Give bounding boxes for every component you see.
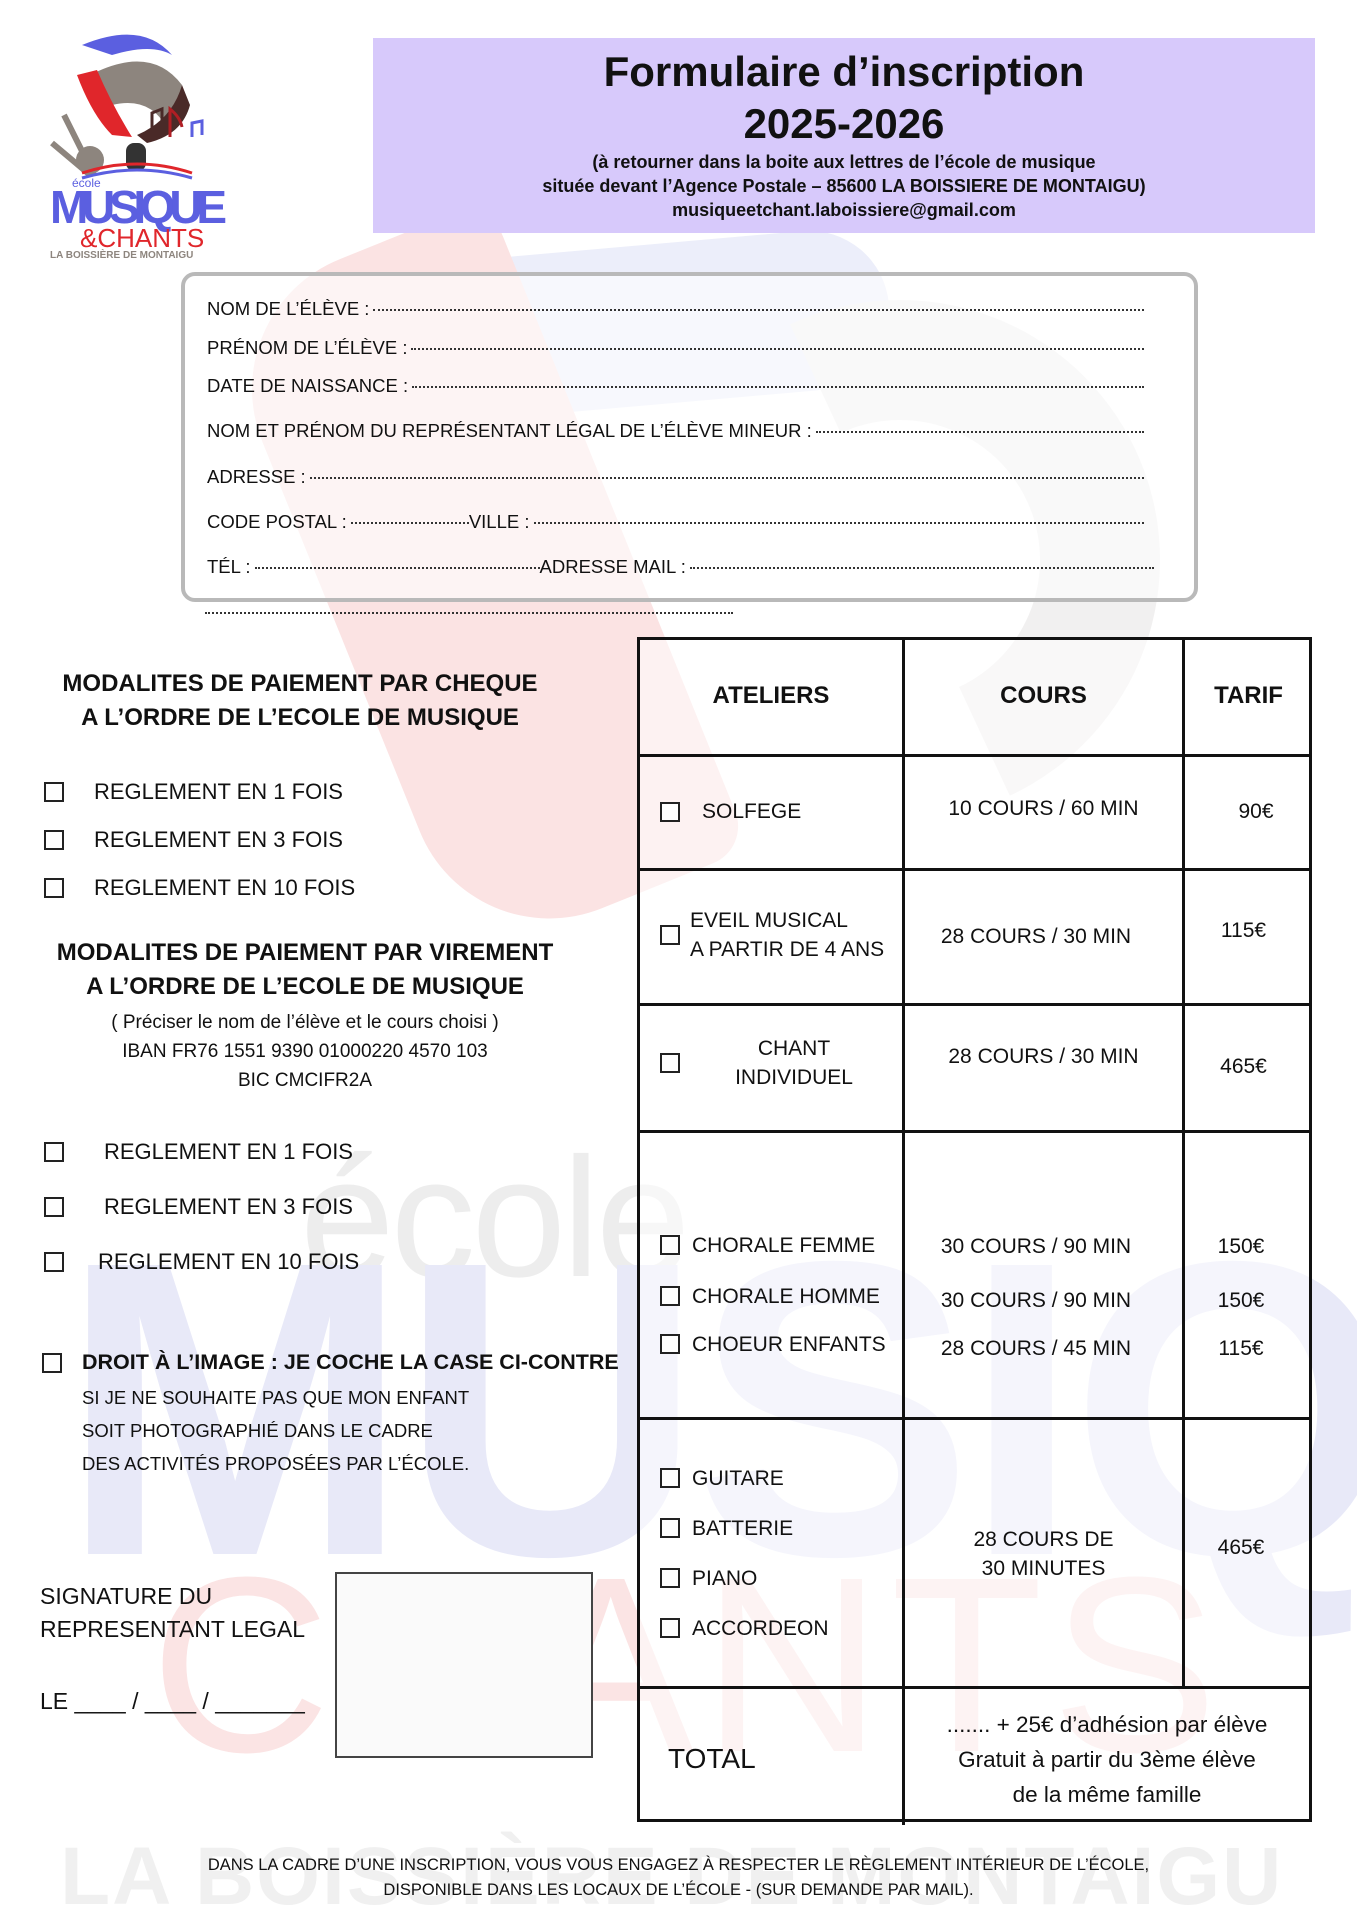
footer-line1: DANS LA CADRE D’UNE INSCRIPTION, VOUS VO… [0, 1853, 1357, 1878]
signature-label-line2: REPRESENTANT LEGAL [40, 1613, 305, 1646]
atelier-batterie[interactable]: BATTERIE [660, 1503, 905, 1553]
instrument-ateliers: GUITARE BATTERIE PIANO ACCORDEON [660, 1453, 905, 1653]
form-header: Formulaire d’inscription 2025-2026 (à re… [373, 38, 1315, 233]
school-year: 2025-2026 [373, 98, 1315, 150]
cheque-option-1[interactable]: REGLEMENT EN 1 FOIS [44, 768, 355, 816]
tarif-eveil-musical: 115€ [1185, 916, 1302, 945]
atelier-chorale-homme[interactable]: CHORALE HOMME [660, 1272, 905, 1320]
row-divider [640, 754, 1309, 757]
fill-line[interactable] [310, 477, 1144, 479]
cours-chorale-homme: 30 COURS / 90 MIN [905, 1286, 1167, 1334]
chorales-tarifs: 150€ 150€ 115€ [1185, 1232, 1297, 1382]
checkbox[interactable] [44, 1252, 64, 1272]
bank-details: ( Préciser le nom de l’élève et le cours… [40, 1008, 570, 1095]
page-title: Formulaire d’inscription [373, 46, 1315, 98]
footer-notice: DANS LA CADRE D’UNE INSCRIPTION, VOUS VO… [0, 1853, 1357, 1903]
cheque-option-3[interactable]: REGLEMENT EN 3 FOIS [44, 816, 355, 864]
checkbox[interactable] [44, 1197, 64, 1217]
column-divider [1182, 640, 1185, 1689]
checkbox[interactable] [660, 802, 680, 822]
image-rights-option[interactable]: DROIT À L’IMAGE : JE COCHE LA CASE CI-CO… [42, 1350, 642, 1375]
cours-chorale-femme: 30 COURS / 90 MIN [905, 1232, 1167, 1286]
transfer-title-line2: A L’ORDRE DE L’ECOLE DE MUSIQUE [40, 970, 570, 1004]
atelier-eveil-musical[interactable]: EVEIL MUSICAL A PARTIR DE 4 ANS [660, 906, 884, 964]
cheque-title-line1: MODALITES DE PAIEMENT PAR CHEQUE [40, 667, 560, 701]
chant-label: CHANT INDIVIDUEL [694, 1034, 894, 1092]
transfer-title-line1: MODALITES DE PAIEMENT PAR VIREMENT [40, 936, 570, 970]
cours-chant-individuel: 28 COURS / 30 MIN [905, 1042, 1182, 1071]
signature-date[interactable]: LE ____ / ____ / _______ [40, 1688, 305, 1715]
field-student-first-name[interactable]: PRÉNOM DE L’ÉLÈVE : [207, 337, 1144, 359]
cheque-option-10[interactable]: REGLEMENT EN 10 FOIS [44, 864, 355, 912]
contact-email: musiqueetchant.laboissiere@gmail.com [373, 198, 1315, 222]
checkbox[interactable] [44, 1142, 64, 1162]
checkbox[interactable] [660, 1618, 680, 1638]
eveil-label: EVEIL MUSICAL A PARTIR DE 4 ANS [690, 906, 884, 964]
row-divider [640, 1003, 1309, 1006]
checkbox[interactable] [44, 782, 64, 802]
checkbox[interactable] [660, 1053, 680, 1073]
signature-label: SIGNATURE DU REPRESENTANT LEGAL [40, 1580, 305, 1646]
svg-text:&CHANTS: &CHANTS [80, 223, 204, 253]
fill-line[interactable] [373, 309, 1144, 311]
instruments-cours-line2: 30 MINUTES [905, 1554, 1182, 1583]
atelier-solfege[interactable]: SOLFEGE [660, 797, 801, 826]
email-fill-line[interactable] [690, 567, 1154, 569]
field-address[interactable]: ADRESSE : [207, 466, 1144, 488]
atelier-accordeon[interactable]: ACCORDEON [660, 1603, 905, 1653]
row-divider [640, 868, 1309, 871]
row-divider [640, 1130, 1309, 1133]
footer-line2: DISPONIBLE DANS LES LOCAUX DE L’ÉCOLE - … [0, 1878, 1357, 1903]
label-email: ADRESSE MAIL : [540, 556, 686, 578]
transfer-note: ( Préciser le nom de l’élève et le cours… [40, 1008, 570, 1037]
checkbox[interactable] [660, 1468, 680, 1488]
tarif-instruments: 465€ [1185, 1533, 1297, 1562]
transfer-option-10[interactable]: REGLEMENT EN 10 FOIS [44, 1234, 359, 1289]
svg-text:LA BOISSIÈRE DE MONTAIGU: LA BOISSIÈRE DE MONTAIGU [50, 248, 193, 260]
fill-line[interactable] [412, 386, 1144, 388]
cours-choeur-enfants: 28 COURS / 45 MIN [905, 1334, 1167, 1382]
instruments-cours: 28 COURS DE 30 MINUTES [905, 1525, 1182, 1583]
total-note-line2: Gratuit à partir du 3ème élève [905, 1742, 1309, 1777]
tarif-chorale-homme: 150€ [1185, 1286, 1297, 1334]
student-identity-form: NOM DE L’ÉLÈVE : PRÉNOM DE L’ÉLÈVE : DAT… [181, 272, 1198, 602]
phone-fill-line[interactable] [255, 567, 540, 569]
checkbox[interactable] [660, 925, 680, 945]
postal-code-fill-line[interactable] [351, 522, 469, 524]
field-student-last-name[interactable]: NOM DE L’ÉLÈVE : [207, 298, 1144, 320]
tarif-solfege: 90€ [1200, 797, 1312, 826]
image-rights-section: DROIT À L’IMAGE : JE COCHE LA CASE CI-CO… [42, 1350, 642, 1480]
chorales-cours: 30 COURS / 90 MIN 30 COURS / 90 MIN 28 C… [905, 1232, 1167, 1382]
image-rights-line2: SOIT PHOTOGRAPHIÉ DANS LE CADRE [82, 1414, 642, 1447]
chorales-ateliers: CHORALE FEMME CHORALE HOMME CHOEUR ENFAN… [660, 1218, 905, 1368]
atelier-choeur-enfants[interactable]: CHOEUR ENFANTS [660, 1320, 905, 1368]
tarif-chant-individuel: 465€ [1185, 1052, 1302, 1081]
city-fill-line[interactable] [534, 522, 1145, 524]
checkbox[interactable] [660, 1235, 680, 1255]
fill-line[interactable] [411, 348, 1144, 350]
email-continuation-line[interactable] [205, 606, 733, 614]
field-postal-code-city[interactable]: CODE POSTAL : VILLE : [207, 511, 1144, 533]
total-note-line1: ....... + 25€ d’adhésion par élève [905, 1707, 1309, 1742]
checkbox[interactable] [660, 1568, 680, 1588]
atelier-chant-individuel[interactable]: CHANT INDIVIDUEL [660, 1034, 894, 1092]
field-legal-representative[interactable]: NOM ET PRÉNOM DU REPRÉSENTANT LÉGAL DE L… [207, 420, 1144, 442]
atelier-chorale-femme[interactable]: CHORALE FEMME [660, 1218, 905, 1272]
label-legal-representative: NOM ET PRÉNOM DU REPRÉSENTANT LÉGAL DE L… [207, 420, 812, 442]
header-cours: COURS [905, 682, 1182, 710]
image-rights-line3: DES ACTIVITÉS PROPOSÉES PAR L’ÉCOLE. [82, 1447, 642, 1480]
tarif-chorale-femme: 150€ [1185, 1232, 1297, 1286]
image-rights-heading: DROIT À L’IMAGE : JE COCHE LA CASE CI-CO… [82, 1350, 619, 1375]
cours-solfege: 10 COURS / 60 MIN [905, 794, 1182, 823]
iban: IBAN FR76 1551 9390 01000220 4570 103 [40, 1037, 570, 1066]
row-divider [640, 1417, 1309, 1420]
logo-graphic: école MUSIQUE &CHANTS LA BOISSIÈRE DE MO… [42, 25, 232, 260]
label-address: ADRESSE : [207, 466, 306, 488]
checkbox[interactable] [42, 1353, 62, 1373]
cheque-options: REGLEMENT EN 1 FOIS REGLEMENT EN 3 FOIS … [44, 768, 355, 912]
cheque-payment-title: MODALITES DE PAIEMENT PAR CHEQUE A L’ORD… [40, 667, 560, 735]
total-label: TOTAL [668, 1744, 756, 1773]
image-rights-explanation: SI JE NE SOUHAITE PAS QUE MON ENFANT SOI… [82, 1381, 642, 1480]
return-instructions-line2: située devant l’Agence Postale – 85600 L… [373, 174, 1315, 198]
checkbox[interactable] [44, 830, 64, 850]
cours-eveil-musical: 28 COURS / 30 MIN [905, 922, 1167, 951]
fill-line[interactable] [816, 431, 1144, 433]
atelier-piano[interactable]: PIANO [660, 1553, 905, 1603]
checkbox[interactable] [660, 1518, 680, 1538]
transfer-option-3[interactable]: REGLEMENT EN 3 FOIS [44, 1179, 359, 1234]
atelier-guitare[interactable]: GUITARE [660, 1453, 905, 1503]
header-ateliers: ATELIERS [640, 682, 902, 710]
signature-label-line1: SIGNATURE DU [40, 1580, 305, 1613]
transfer-options: REGLEMENT EN 1 FOIS REGLEMENT EN 3 FOIS … [44, 1124, 359, 1289]
tarif-choeur-enfants: 115€ [1185, 1334, 1297, 1382]
signature-box[interactable] [335, 1572, 593, 1758]
label-birth-date: DATE DE NAISSANCE : [207, 375, 408, 397]
row-divider [640, 1686, 1309, 1689]
total-note: ....... + 25€ d’adhésion par élève Gratu… [905, 1707, 1309, 1812]
label-postal-code: CODE POSTAL : [207, 511, 347, 533]
field-phone-email[interactable]: TÉL : ADRESSE MAIL : [207, 556, 1154, 578]
checkbox[interactable] [660, 1334, 680, 1354]
label-phone: TÉL : [207, 556, 251, 578]
label-student-first-name: PRÉNOM DE L’ÉLÈVE : [207, 337, 407, 359]
instruments-cours-line1: 28 COURS DE [905, 1525, 1182, 1554]
field-birth-date[interactable]: DATE DE NAISSANCE : [207, 375, 1144, 397]
bic: BIC CMCIFR2A [40, 1066, 570, 1095]
header-tarif: TARIF [1185, 682, 1312, 710]
transfer-option-1[interactable]: REGLEMENT EN 1 FOIS [44, 1124, 359, 1179]
label-city: VILLE : [469, 511, 530, 533]
courses-fees-table: ATELIERS COURS TARIF SOLFEGE 10 COURS / … [637, 637, 1312, 1822]
cheque-title-line2: A L’ORDRE DE L’ECOLE DE MUSIQUE [40, 701, 560, 735]
image-rights-line1: SI JE NE SOUHAITE PAS QUE MON ENFANT [82, 1381, 642, 1414]
checkbox[interactable] [660, 1286, 680, 1306]
total-note-line3: de la même famille [905, 1777, 1309, 1812]
checkbox[interactable] [44, 878, 64, 898]
label-student-last-name: NOM DE L’ÉLÈVE : [207, 298, 369, 320]
return-instructions-line1: (à retourner dans la boite aux lettres d… [373, 150, 1315, 174]
transfer-payment-title: MODALITES DE PAIEMENT PAR VIREMENT A L’O… [40, 936, 570, 1004]
school-logo: école MUSIQUE &CHANTS LA BOISSIÈRE DE MO… [42, 25, 232, 260]
